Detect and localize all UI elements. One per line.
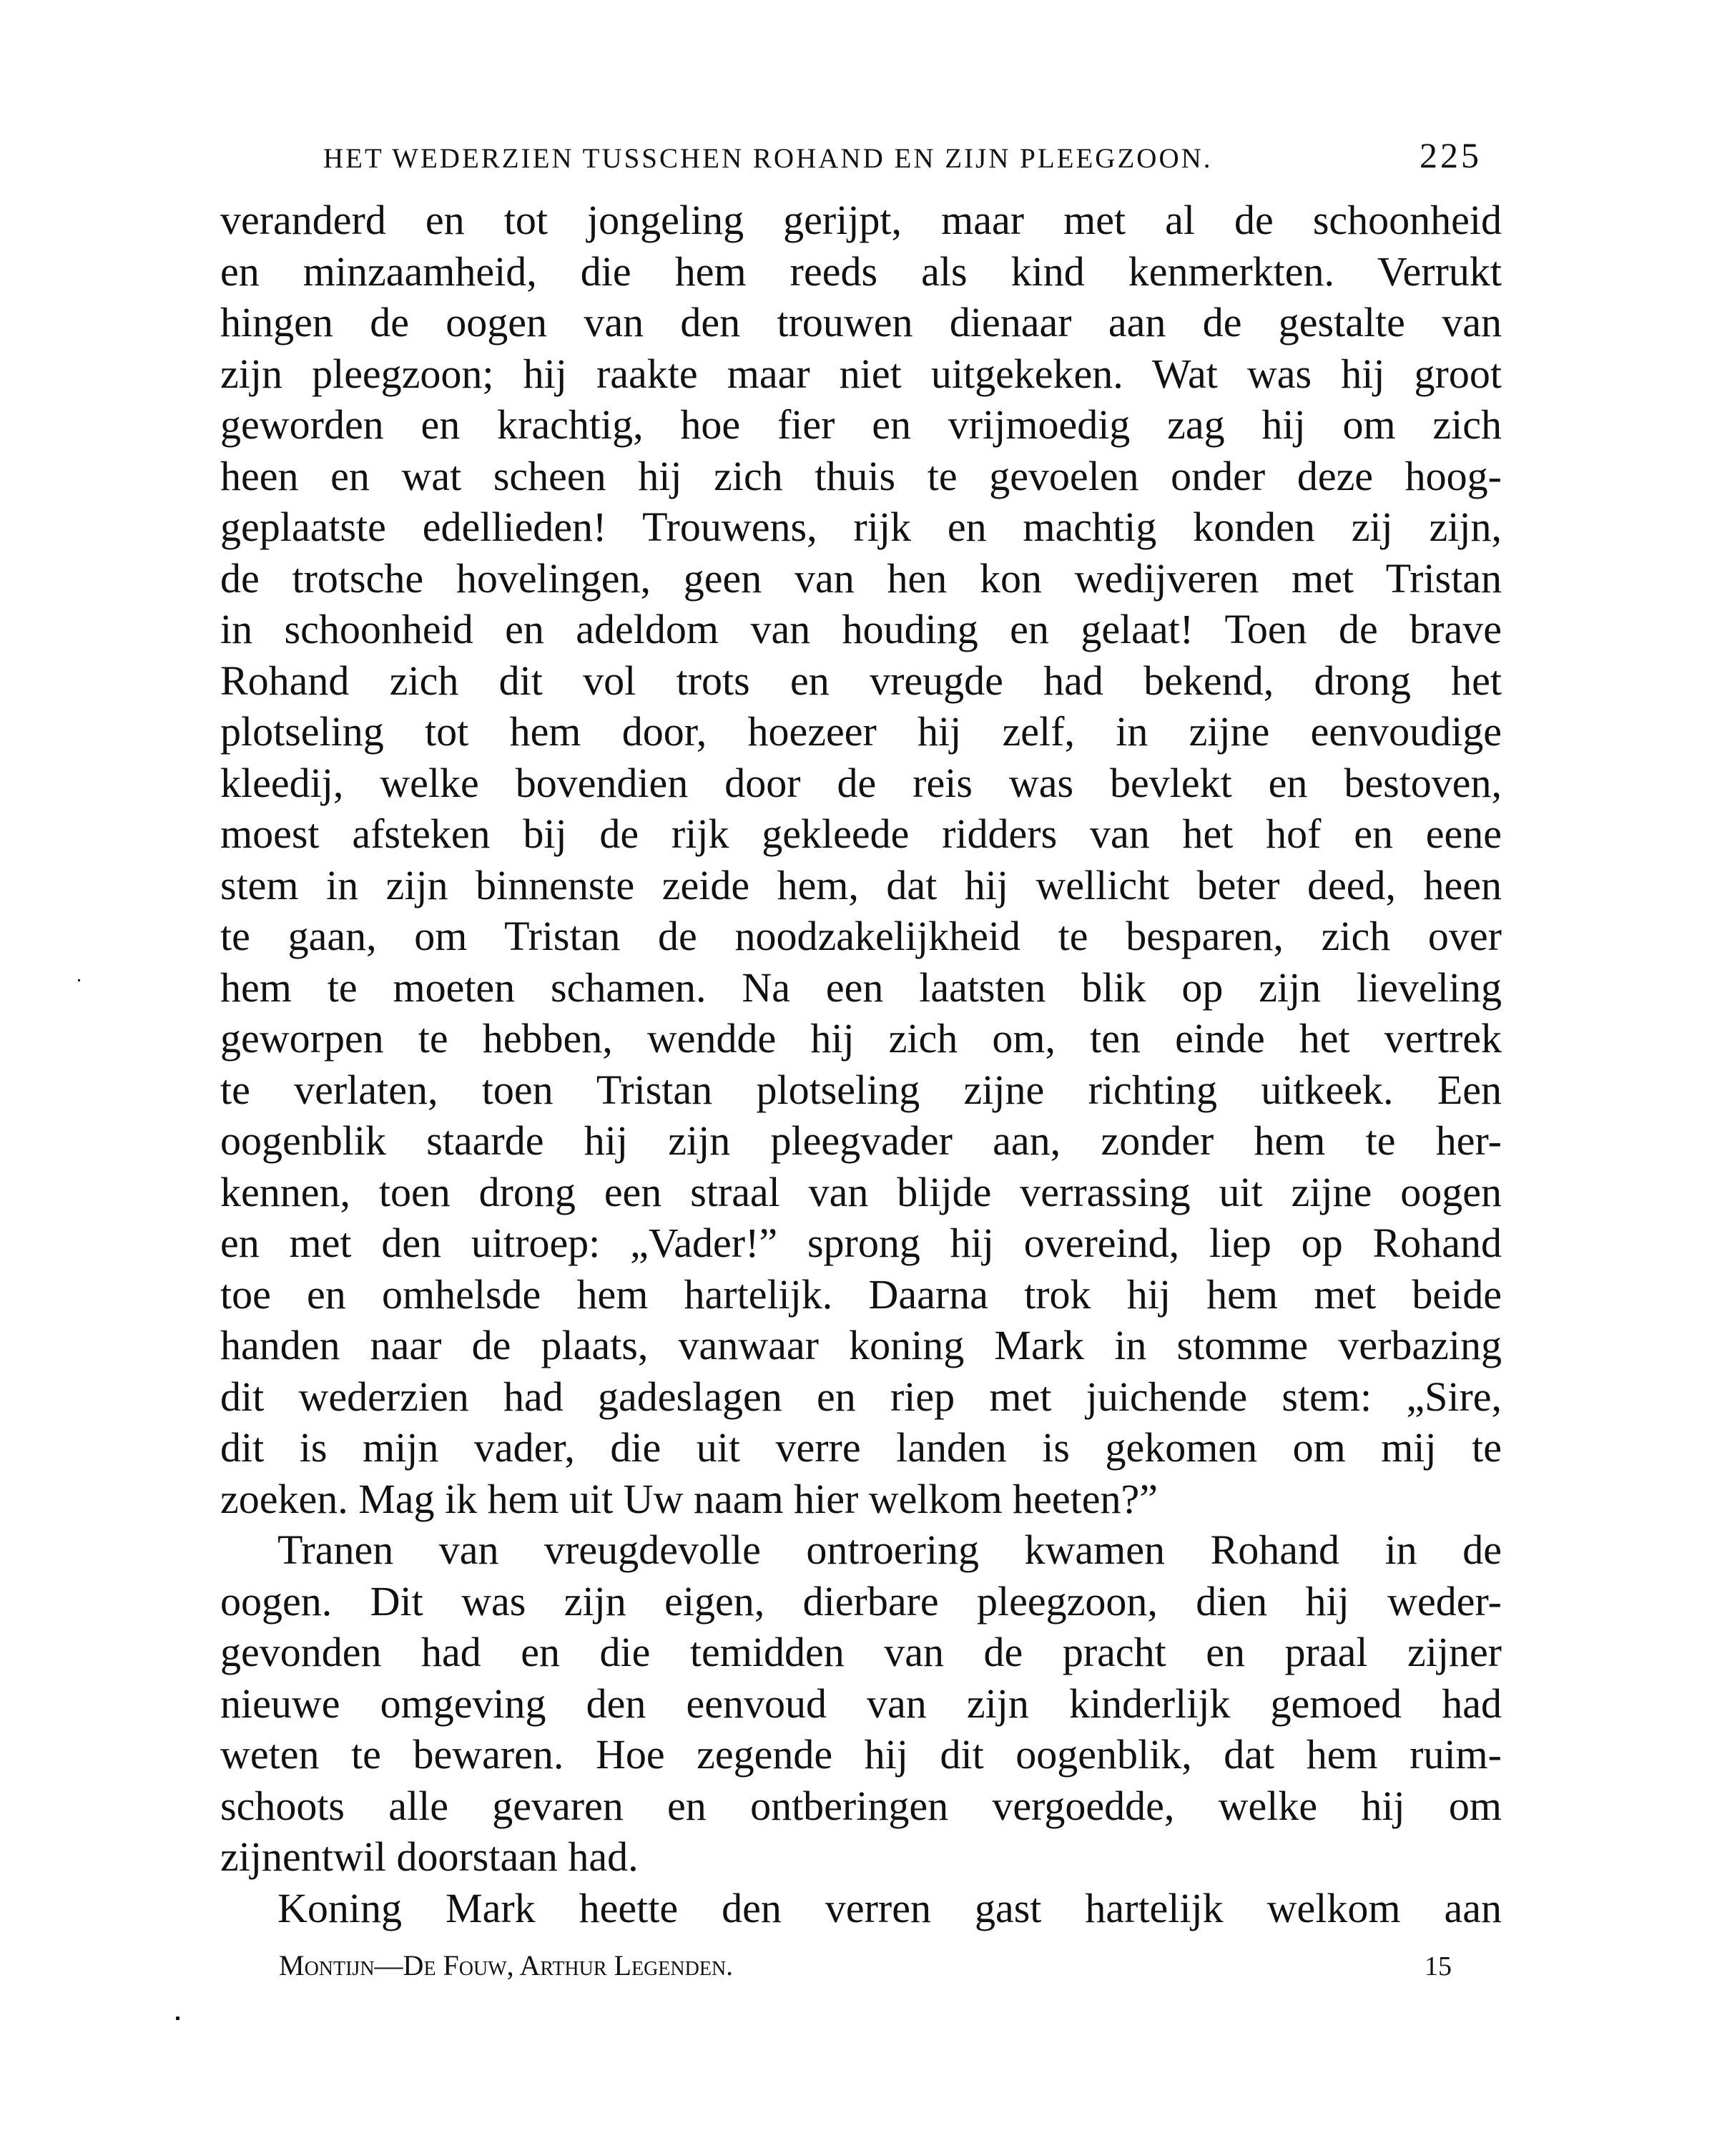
text-line: Rohand zich dit vol trots en vreugde had… <box>220 655 1502 707</box>
running-title: HET WEDERZIEN TUSSCHEN ROHAND EN ZIJN PL… <box>323 142 1213 175</box>
paragraph-end-line: zijnentwil doorstaan had. <box>220 1831 1502 1883</box>
text-line: hingen de oogen van den trouwen dienaar … <box>220 297 1502 348</box>
paragraph-start-line: Koning Mark heette den verren gast harte… <box>220 1883 1502 1934</box>
text-line: de trotsche hovelingen, geen van hen kon… <box>220 553 1502 604</box>
text-line: handen naar de plaats, vanwaar koning Ma… <box>220 1320 1502 1371</box>
text-line: geworpen te hebben, wendde hij zich om, … <box>220 1013 1502 1064</box>
signature-mark: 15 <box>1425 1951 1452 1982</box>
footer-book-title: Montijn—De Fouw, Arthur Legenden. <box>279 1949 733 1982</box>
text-line: in schoonheid en adeldom van houding en … <box>220 604 1502 655</box>
text-line: geplaatste edellieden! Trouwens, rijk en… <box>220 501 1502 553</box>
page-number: 225 <box>1420 134 1482 176</box>
text-line: kleedij, welke bovendien door de reis wa… <box>220 758 1502 809</box>
text-line: plotseling tot hem door, hoezeer hij zel… <box>220 706 1502 758</box>
text-line: stem in zijn binnenste zeide hem, dat hi… <box>220 860 1502 911</box>
book-page: HET WEDERZIEN TUSSCHEN ROHAND EN ZIJN PL… <box>0 0 1712 2156</box>
text-line: te verlaten, toen Tristan plotseling zij… <box>220 1064 1502 1116</box>
text-line: kennen, toen drong een straal van blijde… <box>220 1167 1502 1218</box>
page-footer: Montijn—De Fouw, Arthur Legenden. 15 <box>279 1949 1452 1982</box>
scan-speck <box>78 979 80 981</box>
text-line: dit wederzien had gadeslagen en riep met… <box>220 1371 1502 1423</box>
text-line: en met den uitroep: „Vader!” sprong hij … <box>220 1217 1502 1269</box>
text-line: oogenblik staarde hij zijn pleegvader aa… <box>220 1115 1502 1167</box>
text-line: veranderd en tot jongeling gerijpt, maar… <box>220 195 1502 246</box>
text-line: heen en wat scheen hij zich thuis te gev… <box>220 451 1502 502</box>
body-text: veranderd en tot jongeling gerijpt, maar… <box>220 195 1502 1934</box>
text-line: schoots alle gevaren en ontberingen verg… <box>220 1780 1502 1832</box>
text-line: toe en omhelsde hem hartelijk. Daarna tr… <box>220 1269 1502 1320</box>
text-line: dit is mijn vader, die uit verre landen … <box>220 1422 1502 1474</box>
text-line: nieuwe omgeving den eenvoud van zijn kin… <box>220 1678 1502 1730</box>
running-head: HET WEDERZIEN TUSSCHEN ROHAND EN ZIJN PL… <box>323 134 1482 177</box>
text-line: en minzaamheid, die hem reeds als kind k… <box>220 246 1502 298</box>
text-line: zijn pleegzoon; hij raakte maar niet uit… <box>220 348 1502 400</box>
text-line: hem te moeten schamen. Na een laatsten b… <box>220 962 1502 1014</box>
paragraph-end-line: zoeken. Mag ik hem uit Uw naam hier welk… <box>220 1474 1502 1525</box>
text-line: weten te bewaren. Hoe zegende hij dit oo… <box>220 1729 1502 1780</box>
text-line: gevonden had en die temidden van de prac… <box>220 1627 1502 1678</box>
text-line: te gaan, om Tristan de noodzakelijkheid … <box>220 911 1502 962</box>
paragraph-start-line: Tranen van vreugdevolle ontroering kwame… <box>220 1524 1502 1576</box>
text-line: moest afsteken bij de rijk gekleede ridd… <box>220 808 1502 860</box>
text-line: geworden en krachtig, hoe fier en vrijmo… <box>220 399 1502 451</box>
scan-speck <box>176 2017 179 2020</box>
text-line: oogen. Dit was zijn eigen, dierbare plee… <box>220 1576 1502 1627</box>
